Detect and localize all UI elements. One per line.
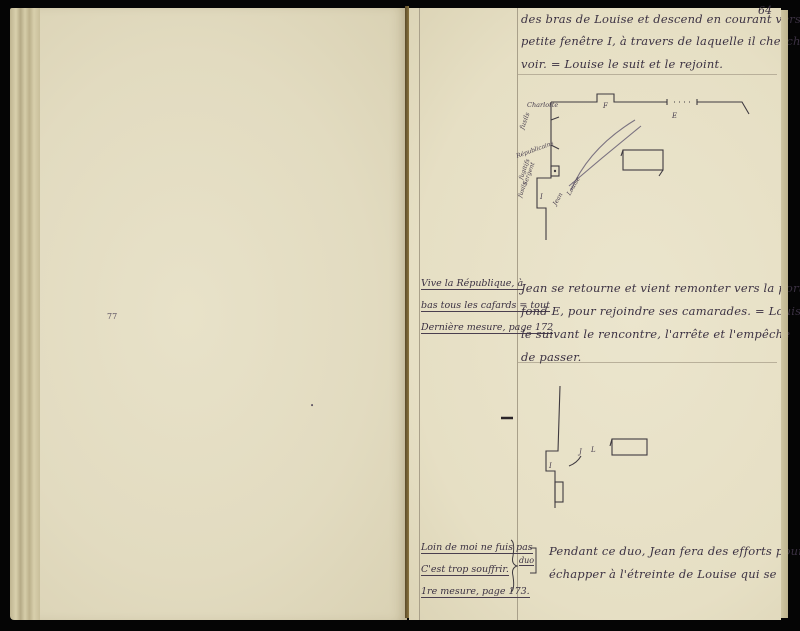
- brace-bracket: [409, 8, 781, 620]
- right-page: 64 des bras de Louise et descend en cour…: [409, 8, 781, 620]
- page-stack-edge: [10, 8, 40, 620]
- text-line: Pendant ce duo, Jean fera des efforts po…: [549, 544, 800, 558]
- duo-label: duo: [519, 556, 534, 566]
- pencil-mark: 77: [107, 312, 117, 321]
- right-page-edge: [781, 10, 788, 618]
- left-page: 77 •: [40, 8, 407, 620]
- ink-dot: •: [310, 402, 314, 410]
- text-line: échapper à l'étreinte de Louise qui se: [549, 567, 777, 581]
